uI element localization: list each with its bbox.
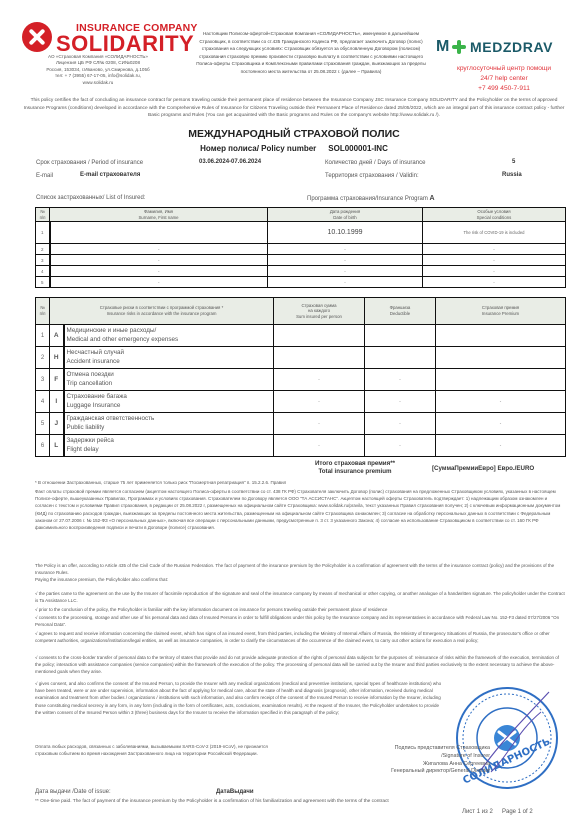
total-label-ru: Итого страховая премия** (290, 460, 420, 468)
row-num: 4 (36, 266, 50, 277)
table-row: 5 J Гражданская ответственностьPublic li… (36, 413, 566, 435)
insured-dob: - (268, 244, 423, 255)
document-title: МЕЖДУНАРОДНЫЙ СТРАХОВОЙ ПОЛИС (0, 128, 588, 140)
confirms-lead: Paying the insurance premium, the Policy… (35, 576, 565, 583)
insured-table-header: №п/п Фамилия, ИмяSurname, First name Дат… (36, 208, 566, 222)
policy-number: SOL000001-INC (328, 144, 388, 153)
confirm-item: √ agrees to request and receive informat… (35, 630, 565, 644)
risk-code: A (50, 325, 64, 347)
help-center-en: 24/7 help center (436, 75, 572, 82)
offer-text-en: The Policy is an offer, according to Art… (35, 562, 565, 584)
page-number-en: Page 1 of 2 (502, 809, 533, 815)
premium: - (436, 391, 566, 413)
total-label-en: Total insurance premium (290, 468, 420, 476)
risk-code: L (50, 435, 64, 457)
insured-name: - (50, 266, 268, 277)
certify-text: This policy certifies the fact of conclu… (20, 97, 568, 120)
row-num: 5 (36, 277, 50, 288)
risk-name: Отмена поездкиTrip cancellation (64, 369, 274, 391)
insured-special: - (423, 266, 566, 277)
insured-dob: - (268, 266, 423, 277)
table-row: 4 I Страхование багажаLuggage Insurance … (36, 391, 566, 413)
header-premium: Страховая премияInsurance Premium (436, 298, 566, 325)
offer-paragraph: The Policy is an offer, according to Art… (35, 562, 565, 576)
risk-name: Гражданская ответственностьPublic liabil… (64, 413, 274, 435)
row-num: 1 (36, 222, 50, 244)
deductible: - (365, 435, 436, 457)
solidarity-logo-icon (22, 22, 52, 52)
period-value: 03.06.2024-07.06.2024 (199, 159, 261, 165)
covid-note: Оплата любых расходов, связанных с забол… (35, 743, 275, 758)
deductible: - (365, 413, 436, 435)
signature-label-en: /Signature of Insurer (290, 753, 490, 761)
row-num: 3 (36, 369, 50, 391)
table-row: 6 L Задержки рейсаFlight delay - - - (36, 435, 566, 457)
table-row: 4 - - - (36, 266, 566, 277)
insured-dob: 10.10.1999 (268, 222, 423, 244)
insured-special: - (423, 255, 566, 266)
footnote-premium: ** One-time paid. The fact of payment of… (35, 798, 435, 806)
insured-dob: - (268, 277, 423, 288)
days-value: 5 (512, 159, 515, 165)
confirm-item: √ consents to the cross-border transfer … (35, 654, 565, 676)
risk-code: F (50, 369, 64, 391)
deductible: - (365, 369, 436, 391)
header-special: Особые условияSpecial conditions (423, 208, 566, 222)
header-name: Фамилия, ИмяSurname, First name (50, 208, 268, 222)
signature-label-ru: Подпись представителя Страховщика (290, 745, 490, 753)
insured-special: The risk of COVID-19 is included (423, 222, 566, 244)
risks-table-header: №п/п Страховые риски в соответствии с пр… (36, 298, 566, 325)
email-value: E-mail страхователя (80, 172, 140, 178)
company-info: АО «Страховая Компания «СОЛИДАРНОСТЬ» Ли… (18, 54, 178, 86)
days-label: Количество дней / Days of insurance (325, 160, 425, 166)
offer-text: Настоящим Полисом-офертой«Страховая Комп… (190, 30, 432, 76)
sum-insured: - (274, 413, 365, 435)
sum-insured: - (274, 435, 365, 457)
risk-name: Страхование багажаLuggage Insurance (64, 391, 274, 413)
company-stamp-icon: СОЛИДАРНОСТЬ (451, 682, 563, 794)
table-row: 1 A Медицинские и иные расходы/Medical a… (36, 325, 566, 347)
row-num: 6 (36, 435, 50, 457)
acceptance-text-ru: Факт оплаты страховой премии является со… (35, 488, 565, 531)
policy-number-row: Номер полиса/ Policy numberSOL000001-INC (0, 144, 588, 153)
row-num: 2 (36, 347, 50, 369)
row-num: 4 (36, 391, 50, 413)
risks-table: №п/п Страховые риски в соответствии с пр… (35, 297, 566, 457)
insured-special: - (423, 244, 566, 255)
row-num: 5 (36, 413, 50, 435)
sum-insured: - (274, 391, 365, 413)
total-premium-value: [СуммаПремииЕвро] Евро./EURO (432, 465, 534, 472)
territory-label: Территория страхования / Validin: (325, 173, 419, 179)
table-row: 5 - - - (36, 277, 566, 288)
signatory-position: Генеральный директор/General Director (290, 768, 490, 776)
insured-list-label: Список застрахованных/ List of Insured: (36, 195, 146, 201)
premium (436, 325, 566, 347)
program-value: A (430, 195, 435, 202)
medzdrav-plus-icon (452, 40, 466, 54)
company-website[interactable]: www.solidak.ru (18, 80, 178, 86)
period-label: Срок страхования / Period of insurance (36, 160, 143, 166)
issue-date-value: ДатаВыдачи (216, 789, 254, 795)
help-phone[interactable]: +7 499 450-7-911 (436, 85, 572, 92)
insured-table: №п/п Фамилия, ИмяSurname, First name Дат… (35, 207, 566, 288)
program-label: Программа страхования/Insurance Program … (307, 195, 435, 202)
premium: - (436, 435, 566, 457)
email-label: E-mail (36, 173, 53, 179)
sum-insured (274, 347, 365, 369)
insured-dob: - (268, 255, 423, 266)
confirm-item: √ prior to the conclusion of the policy,… (35, 606, 565, 613)
table-row: 3 F Отмена поездкиTrip cancellation - - (36, 369, 566, 391)
partner-name: MEDZDRAV (470, 39, 553, 55)
insured-name (50, 222, 268, 244)
header-deductible: ФраншизаDeductible (365, 298, 436, 325)
insured-name: - (50, 277, 268, 288)
issue-date-label: Дата выдачи /Date of issue: (35, 789, 111, 795)
row-num: 2 (36, 244, 50, 255)
risk-code: J (50, 413, 64, 435)
risk-name: Несчастный случайAccident insurance (64, 347, 274, 369)
risk-code: I (50, 391, 64, 413)
total-premium-label: Итого страховая премия** Total insurance… (290, 460, 420, 476)
signature-block: Подпись представителя Страховщика /Signa… (290, 745, 490, 776)
sum-insured (274, 325, 365, 347)
sum-insured: - (274, 369, 365, 391)
premium (436, 347, 566, 369)
risk-name: Медицинские и иные расходы/Medical and o… (64, 325, 274, 347)
premium: - (436, 413, 566, 435)
header-sum: Страховая суммана каждогоSum insured per… (274, 298, 365, 325)
header-num: №п/п (36, 298, 50, 325)
insured-name: - (50, 255, 268, 266)
page-number-ru: Лист 1 из 2 (462, 809, 493, 815)
table-row: 2 - - - (36, 244, 566, 255)
policy-number-label: Номер полиса/ Policy number (200, 144, 316, 153)
footnote-age: * В отношении Застрахованных, старше 75 … (35, 479, 565, 486)
header-num: №п/п (36, 208, 50, 222)
program-label-text: Программа страхования/Insurance Program (307, 196, 428, 202)
row-num: 1 (36, 325, 50, 347)
premium (436, 369, 566, 391)
deductible (365, 325, 436, 347)
confirm-item: √ consents to the processing, storage an… (35, 614, 565, 628)
deductible: - (365, 391, 436, 413)
insured-special: - (423, 277, 566, 288)
header-dob: Дата рожденияDate of birth (268, 208, 423, 222)
risk-code: H (50, 347, 64, 369)
table-row: 1 10.10.1999 The risk of COVID-19 is inc… (36, 222, 566, 244)
risk-name: Задержки рейсаFlight delay (64, 435, 274, 457)
deductible (365, 347, 436, 369)
confirm-item: √ gives consent, and also confirms the c… (35, 680, 445, 716)
row-num: 3 (36, 255, 50, 266)
medzdrav-m-icon: M (436, 38, 449, 56)
table-row: 3 - - - (36, 255, 566, 266)
confirm-item: √ the parties came to the agreement on t… (35, 590, 565, 604)
table-row: 2 H Несчастный случайAccident insurance (36, 347, 566, 369)
insured-name: - (50, 244, 268, 255)
help-center-ru: круглосуточный центр помощи (436, 65, 572, 72)
header-risks: Страховые риски в соответствии с програм… (50, 298, 274, 325)
territory-value: Russia (502, 172, 522, 178)
